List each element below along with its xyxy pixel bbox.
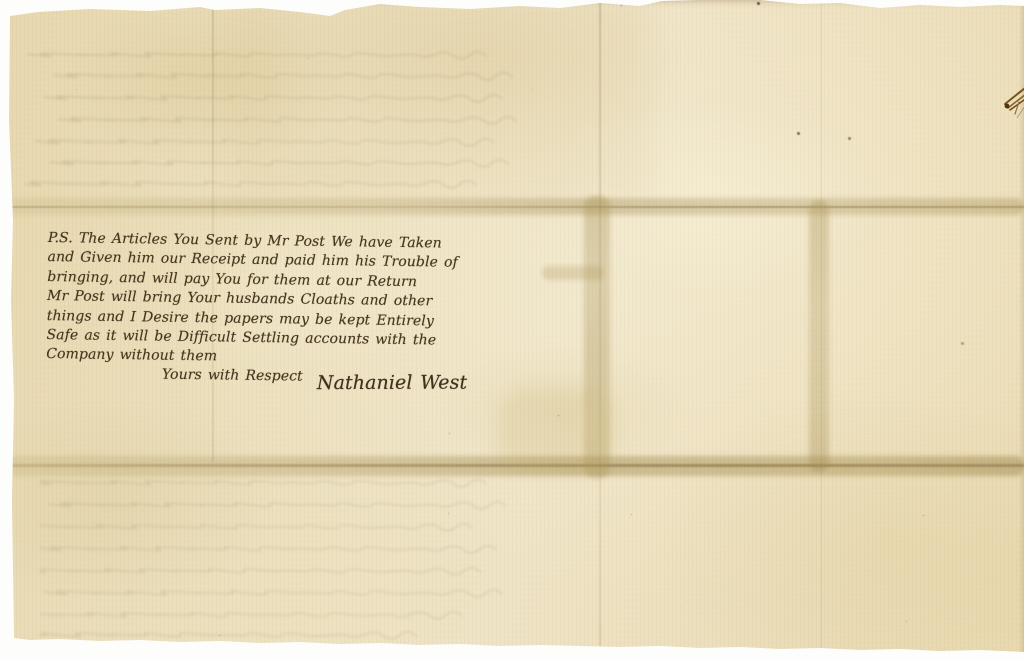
postscript-text-block: P.S. The Articles You Sent by Mr Post We… — [46, 229, 474, 389]
plant-fragment — [995, 84, 1024, 126]
letter-closing: Yours with Respect — [162, 365, 303, 386]
bleedthrough-text-upper — [24, 46, 520, 202]
foxing-spots — [0, 0, 3, 3]
letter-signature: Nathaniel West — [317, 373, 467, 393]
bleedthrough-text-lower — [40, 468, 510, 644]
letter-paper: P.S. The Articles You Sent by Mr Post We… — [0, 0, 1024, 659]
scan-background: P.S. The Articles You Sent by Mr Post We… — [0, 0, 1024, 659]
